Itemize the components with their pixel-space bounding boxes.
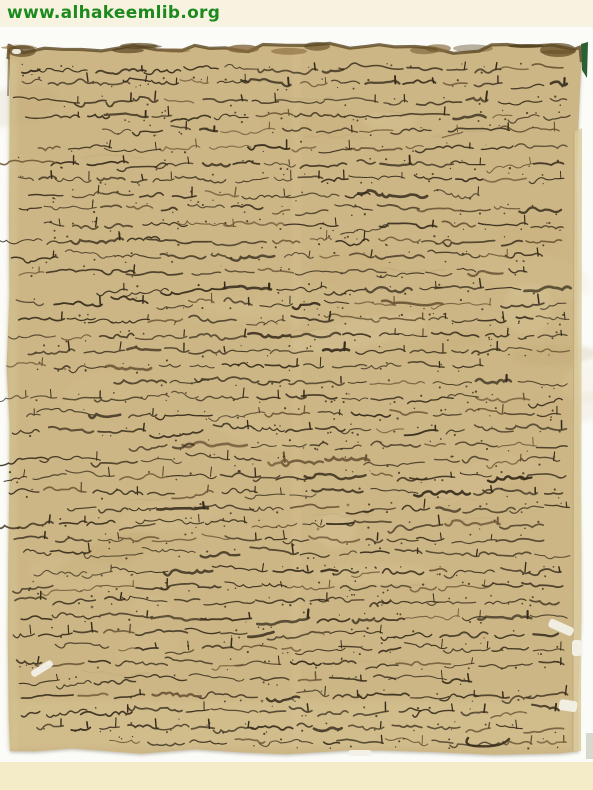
manuscript-photo — [0, 0, 593, 790]
manuscript-scan-page: www.alhakeemlib.org — [0, 0, 593, 790]
footer-band — [0, 762, 593, 790]
